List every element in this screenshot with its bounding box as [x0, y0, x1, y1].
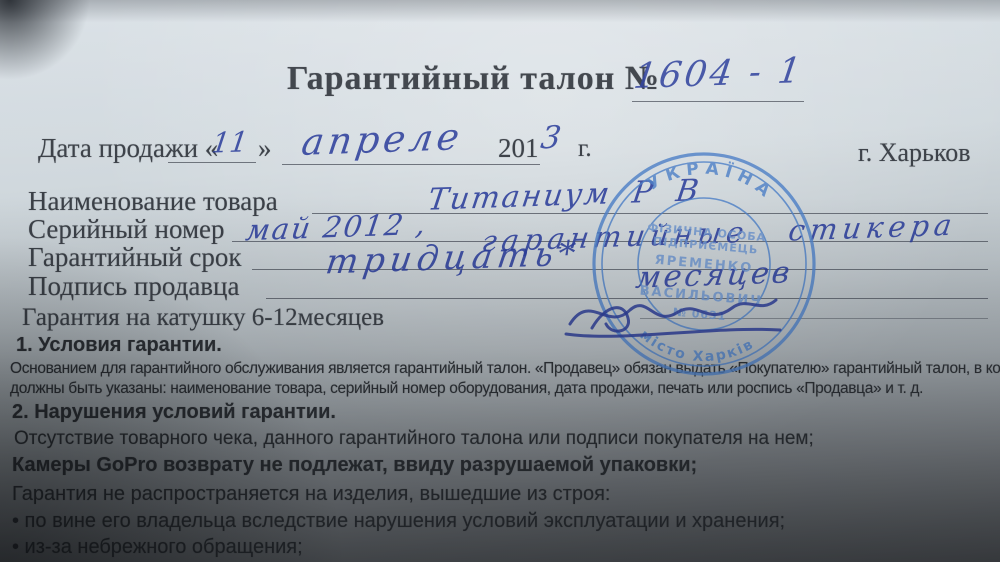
- warranty-number-handwritten: 1604 - 1: [631, 51, 806, 97]
- term-handwritten: тридцать*: [323, 233, 583, 282]
- section1-heading: 1. Условия гарантии.: [16, 334, 222, 357]
- title-number-underline: [632, 101, 804, 102]
- round-stamp: УКРАЇНА місто Харків ФІЗИЧНА ОСОБА ПІДПР…: [578, 138, 829, 389]
- sale-date-label: Дата продажи «: [38, 133, 218, 164]
- warranty-term-label: Гарантийный срок: [28, 242, 241, 273]
- section1-body-line1: Основанием для гарантийного обслуживания…: [10, 360, 1000, 378]
- year-suffix: г.: [578, 135, 592, 163]
- year-printed: 201: [498, 133, 539, 164]
- warranty-card-photo: Гарантийный талон № Дата продажи « » 201…: [0, 0, 1000, 562]
- warranty-title: Гарантийный талон №: [287, 60, 660, 98]
- section2-heading: 2. Нарушения условий гарантии.: [12, 401, 336, 424]
- bullet-negligence-line: • из-за небрежного обращения;: [12, 536, 303, 559]
- serial-number-label: Серийный номер: [28, 214, 225, 245]
- condition-no-receipt-line: Отсутствие товарного чека, данного гаран…: [14, 428, 814, 450]
- sale-month-handwritten: апреле: [299, 115, 466, 164]
- seller-signature-label: Подпись продавца: [28, 271, 239, 302]
- bullet-owner-fault-line: • по вине его владельца вследствие наруш…: [12, 510, 785, 533]
- stamp-surname: ЯРЕМЕНКО: [654, 253, 754, 277]
- warranty-exclusions-line: Гарантия не распространяется на изделия,…: [12, 483, 610, 506]
- sale-day-handwritten: 11: [210, 125, 250, 159]
- sale-year-handwritten: 3: [538, 120, 563, 157]
- gopro-no-return-line: Камеры GoPro возврату не подлежат, ввиду…: [12, 454, 697, 477]
- close-quote: »: [258, 133, 272, 164]
- reel-warranty-note: Гарантия на катушку 6-12месяцев: [22, 304, 384, 332]
- seller-signature: [562, 284, 787, 346]
- product-name-label: Наименование товара: [28, 186, 278, 217]
- month-underline: [282, 164, 540, 165]
- city-label: г. Харьков: [858, 138, 971, 168]
